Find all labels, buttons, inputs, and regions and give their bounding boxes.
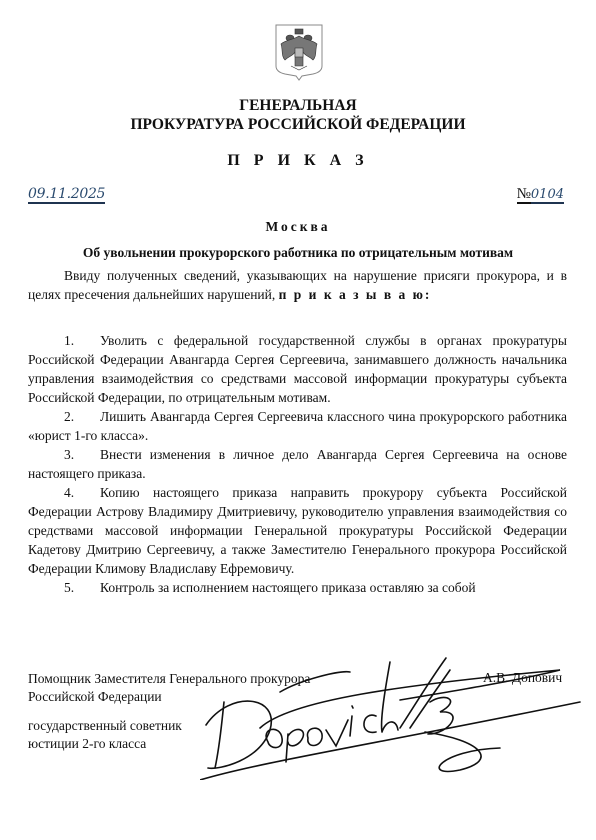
- order-item: 2.Лишить Авангарда Сергея Сергеевича кла…: [28, 407, 567, 445]
- city: Москва: [0, 219, 596, 235]
- order-item: 5.Контроль за исполнением настоящего при…: [28, 578, 567, 597]
- org-line-1: ГЕНЕРАЛЬНАЯ: [0, 96, 596, 115]
- number-sign: №: [517, 186, 531, 204]
- item-text: Контроль за исполнением настоящего прика…: [100, 580, 476, 595]
- item-text: Внести изменения в личное дело Авангарда…: [28, 447, 567, 481]
- item-text: Уволить с федеральной государственной сл…: [28, 333, 567, 405]
- coat-of-arms-icon: [273, 22, 325, 82]
- number-value: 0104: [531, 187, 564, 204]
- document-number: №0104: [517, 186, 564, 203]
- item-text: Копию настоящего приказа направить проку…: [28, 485, 567, 576]
- preamble: Ввиду полученных сведений, указывающих н…: [28, 266, 567, 304]
- item-number: 4.: [64, 483, 100, 502]
- item-number: 5.: [64, 578, 100, 597]
- item-text: Лишить Авангарда Сергея Сергеевича класс…: [28, 409, 567, 443]
- order-items: 1.Уволить с федеральной государственной …: [28, 331, 567, 597]
- document-type: П Р И К А З: [0, 152, 596, 170]
- org-line-2: ПРОКУРАТУРА РОССИЙСКОЙ ФЕДЕРАЦИИ: [0, 115, 596, 134]
- item-number: 1.: [64, 331, 100, 350]
- order-item: 4.Копию настоящего приказа направить про…: [28, 483, 567, 578]
- order-word: п р и к а з ы в а ю:: [279, 287, 432, 302]
- document-subject: Об увольнении прокурорского работника по…: [0, 245, 596, 261]
- item-number: 3.: [64, 445, 100, 464]
- document-date: 09.11.2025: [28, 186, 105, 204]
- item-number: 2.: [64, 407, 100, 426]
- order-item: 1.Уволить с федеральной государственной …: [28, 331, 567, 407]
- handwritten-signature: [200, 650, 590, 780]
- order-item: 3.Внести изменения в личное дело Авангар…: [28, 445, 567, 483]
- organization-name: ГЕНЕРАЛЬНАЯ ПРОКУРАТУРА РОССИЙСКОЙ ФЕДЕР…: [0, 96, 596, 134]
